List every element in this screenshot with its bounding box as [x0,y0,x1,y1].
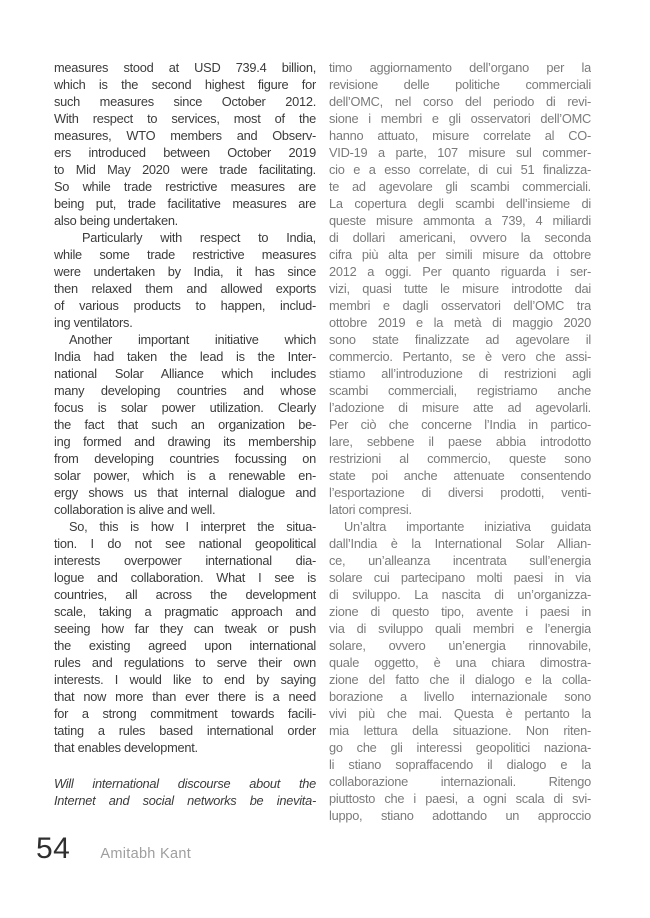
text-line: lare, sebbene il paese abbia introdotto [329,433,591,450]
text-line: such measures since October 2012. [54,93,316,110]
text-line: solare, ovvero un’energia rinnovabile, [329,637,591,654]
text-line: dell’OMC, nel corso del periodo di revi- [329,93,591,110]
text-line: VID-19 a parte, 107 misure sul commer- [329,144,591,161]
text-line: solare cui partecipano molti paesi in vi… [329,569,591,586]
text-line: also being undertaken. [54,212,316,229]
text-line: sono state finalizzate ad agevolare il [329,331,591,348]
book-page: measures stood at USD 739.4 billion,whic… [0,0,650,918]
text-line: of various products to happen, includ- [54,297,316,314]
footer-author: Amitabh Kant [100,846,191,862]
text-line: rules and regulations to serve their own [54,654,316,671]
text-line: Particularly with respect to India, [54,229,316,246]
text-line: So, this is how I interpret the situa- [54,518,316,535]
text-line: Un’altra importante iniziativa guidata [329,518,591,535]
text-line: ers introduced between October 2019 [54,144,316,161]
text-line: queste misure ammonta a 739, 4 miliardi [329,212,591,229]
text-line: that now more than ever there is a need [54,688,316,705]
text-line: measures stood at USD 739.4 billion, [54,59,316,76]
text-columns: measures stood at USD 739.4 billion,whic… [54,59,591,824]
paragraph: timo aggiornamento dell’organo per larev… [329,59,591,518]
text-line: l’adozione di misure atte ad agevolarli. [329,399,591,416]
text-line: hanno attuato, misure correlate al CO- [329,127,591,144]
text-line: that enables development. [54,739,316,756]
text-line: Another important initiative which [54,331,316,348]
text-line: countries, all across the development [54,586,316,603]
text-line: cio e a esso correlate, di cui 51 finali… [329,161,591,178]
text-line: for a strong commitment towards facili- [54,705,316,722]
text-line: to Mid May 2020 were trade facilitating. [54,161,316,178]
text-line: l’esportazione di diversi prodotti, vent… [329,484,591,501]
text-line: ottobre 2019 e la metà di maggio 2020 [329,314,591,331]
text-line: restrizioni al commercio, queste sono [329,450,591,467]
text-line: via di sviluppo quali membri e l’energia [329,620,591,637]
text-line: With respect to services, most of the [54,110,316,127]
text-line: mia lettura della situazione. Non riten- [329,722,591,739]
text-line: di sviluppo. La nascita di un’organizza- [329,586,591,603]
text-line: state poi anche attenuate consentendo [329,467,591,484]
text-line: commercio. Pertanto, se è vero che assi- [329,348,591,365]
text-line: national Solar Alliance which includes [54,365,316,382]
paragraph: So, this is how I interpret the situa-ti… [54,518,316,756]
text-line: which is the second highest figure for [54,76,316,93]
text-line: solar power, which is a renewable en- [54,467,316,484]
text-line: vivi più che mai. Questa è pertanto la [329,705,591,722]
text-line: logue and collaboration. What I see is [54,569,316,586]
text-line: from developing countries focussing on [54,450,316,467]
text-line: zione del fatto che il dialogo e la coll… [329,671,591,688]
paragraph: measures stood at USD 739.4 billion,whic… [54,59,316,229]
text-line: tion. I do not see national geopolitical [54,535,316,552]
text-line: Internet and social networks be inevita- [54,792,316,809]
text-line: go che gli interessi geopolitici naziona… [329,739,591,756]
text-line: then relaxed them and allowed exports [54,280,316,297]
text-line: while some trade restrictive measures [54,246,316,263]
column-right-italian: timo aggiornamento dell’organo per larev… [329,59,591,824]
text-line: ing formed and drawing its membership [54,433,316,450]
text-line: collaboration is alive and well. [54,501,316,518]
text-line: being put, trade facilitative measures a… [54,195,316,212]
text-line: interests. I would like to end by saying [54,671,316,688]
text-line: were undertaken by India, it has since [54,263,316,280]
text-line: Per ciò che concerne l’India in partico- [329,416,591,433]
text-line: interests overpower international dia- [54,552,316,569]
text-line: many developing countries and whose [54,382,316,399]
text-line: te ad agevolare gli scambi commerciali. [329,178,591,195]
paragraph: Un’altra importante iniziativa guidatada… [329,518,591,824]
text-line: cifra più alta per simili misure da otto… [329,246,591,263]
text-line: piuttosto che i paesi, a ogni scala di s… [329,790,591,807]
text-line: vizi, quasi tutte le misure introdotte d… [329,280,591,297]
text-line: stiamo all’introduzione di restrizioni a… [329,365,591,382]
text-line: the existing agreed upon international [54,637,316,654]
text-line: seeing how far they can tweak or push [54,620,316,637]
text-line: zione di questo tipo, avente i paesi in [329,603,591,620]
text-line: borazione a livello internazionale sono [329,688,591,705]
text-line: So while trade restrictive measures are [54,178,316,195]
text-line: scambi commerciali, registriamo anche [329,382,591,399]
text-line: latori compresi. [329,501,591,518]
paragraph: Particularly with respect to India,while… [54,229,316,331]
text-line: the fact that such an organization be- [54,416,316,433]
page-number: 54 [36,832,70,866]
text-line: quale oggetto, è una chiara dimostra- [329,654,591,671]
paragraph: Another important initiative whichIndia … [54,331,316,518]
text-line: sione i membri e gli osservatori dell’OM… [329,110,591,127]
text-line: li stiano sopraffacendo il dialogo e la [329,756,591,773]
text-line: tating a rules based international order [54,722,316,739]
text-line: di dollari americani, ovvero la seconda [329,229,591,246]
text-line: ergy shows us that internal dialogue and [54,484,316,501]
text-line: scale, taking a pragmatic approach and [54,603,316,620]
text-line: collaborazione internazionali. Ritengo [329,773,591,790]
text-line: focus is solar power utilization. Clearl… [54,399,316,416]
text-line: ce, un’alleanza incentrata sull’energia [329,552,591,569]
page-footer: 54 Amitabh Kant [36,832,191,866]
column-left-english: measures stood at USD 739.4 billion,whic… [54,59,316,824]
text-line: ing ventilators. [54,314,316,331]
text-line: measures, WTO members and Observ- [54,127,316,144]
text-line: dall’India è la International Solar Alli… [329,535,591,552]
text-line: India had taken the lead is the Inter- [54,348,316,365]
text-line: Will international discourse about the [54,775,316,792]
text-line: revisione delle politiche commerciali [329,76,591,93]
paragraph: Will international discourse about theIn… [54,775,316,809]
text-line: membri e dagli osservatori dell’OMC tra [329,297,591,314]
text-line: La copertura degli scambi dell’insieme d… [329,195,591,212]
text-line: 2012 a oggi. Per quanto riguarda i ser- [329,263,591,280]
text-line: luppo, stiano adottando un approccio [329,807,591,824]
text-line: timo aggiornamento dell’organo per la [329,59,591,76]
